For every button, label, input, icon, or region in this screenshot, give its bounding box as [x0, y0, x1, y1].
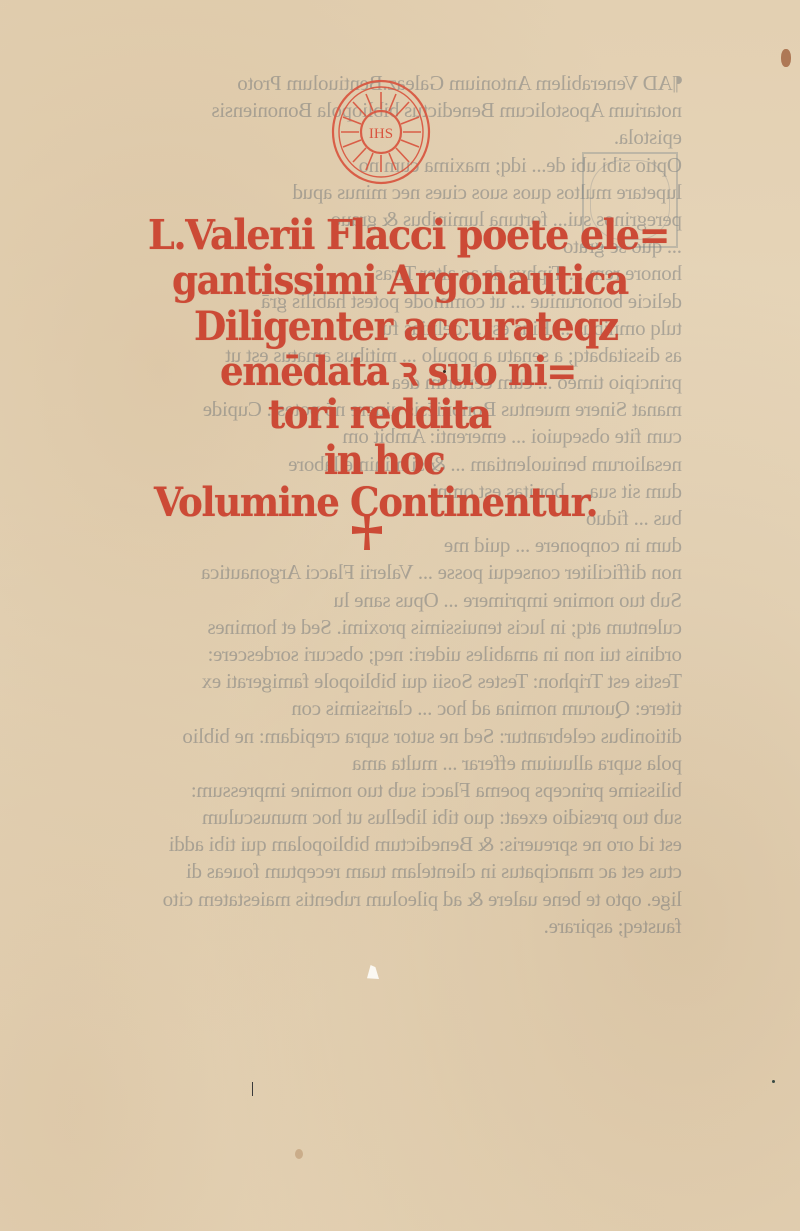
showthrough-line: lige. opto te bene ualere & ad pileolum … [62, 886, 682, 913]
title-line-1: L.Valerii Flacci poete ele= [148, 213, 669, 257]
fiber-mark [252, 1082, 253, 1096]
showthrough-line: pola supra alluuium efferar ... multa am… [62, 750, 682, 777]
showthrough-line: non difficiliter consequi posse ... Vale… [62, 559, 682, 586]
svg-text:IHS: IHS [369, 126, 393, 142]
showthrough-line: est id oro ne spreueris: & Benedictum bi… [62, 831, 682, 858]
showthrough-line: sub tuo presidio exeat: quo tibi libellu… [62, 804, 682, 831]
foxing-spot [443, 370, 446, 373]
stain-mark [781, 49, 791, 67]
title-line-2: gantissimi Argonautica [172, 259, 628, 303]
ihs-stamp: IHS [330, 78, 432, 186]
showthrough-line: Sub tuo nomine imprimere ... Opus sane l… [62, 587, 682, 614]
showthrough-line: Testis est Triphon: Testes Sosii qui bib… [62, 668, 682, 695]
showthrough-line: culentum atq; in lucis tenuissimis proxi… [62, 614, 682, 641]
cross-ornament [350, 514, 384, 552]
title-line-3: Diligenter accurateqz [194, 305, 618, 349]
title-page: ¶AD Venerabilem Antonium Galeaz.Bentiuol… [0, 0, 800, 1231]
showthrough-line: ditionibus celebrantur: Sed ne sutor sup… [62, 723, 682, 750]
title-line-4: emēdata ꝛ suo ni= [220, 350, 576, 394]
showthrough-line: bilissime princeps poema Flacci sub tuo … [62, 777, 682, 804]
showthrough-line: titere: Quorum nomina ad hoc ... clariss… [62, 695, 682, 722]
foxing-spot [295, 1149, 303, 1159]
cross-pattee-icon [350, 514, 384, 552]
title-line-5: tori reddita [268, 393, 491, 437]
paper-hole [367, 965, 379, 979]
showthrough-line: fausteq; aspirare. [62, 913, 682, 940]
foxing-spot [772, 1080, 775, 1083]
title-line-6: in hoc [324, 439, 444, 483]
showthrough-line: ctus est ac mancipatus in clientelam tua… [62, 858, 682, 885]
showthrough-line: ordinis tui non in amabiles uideri: neq;… [62, 641, 682, 668]
ihs-stamp-icon: IHS [330, 78, 432, 186]
